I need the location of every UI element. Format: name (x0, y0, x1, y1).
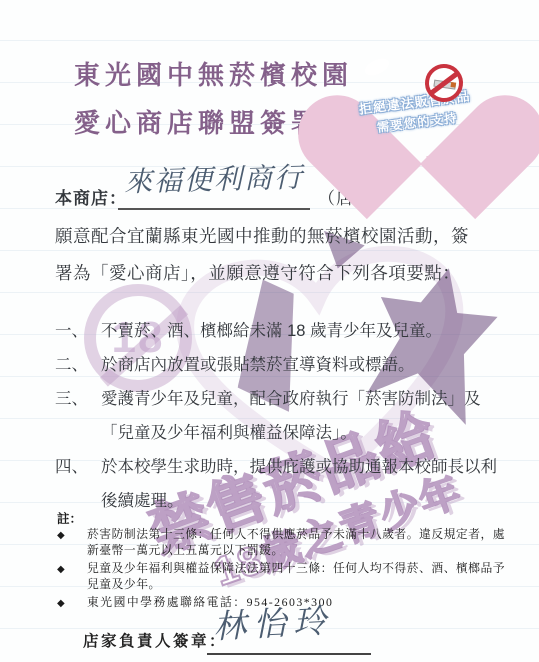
diamond-bullet-icon: ◆ (57, 527, 87, 558)
pledge-item-1: 一、 不賣菸、酒、檳榔給未滿 18 歲青少年及兒童。 (55, 314, 511, 348)
page-title-line1: 東光國中無菸檳校園 (74, 55, 353, 92)
intro-line1: 願意配合宜蘭縣東光國中推動的無菸檳校園活動，簽 (55, 218, 469, 255)
note-item-2: ◆ 兒童及少年福利與權益保障法法第四十三條：任何人均不得菸、酒、檳榔品予兒童及少… (57, 561, 509, 592)
store-name-handwritten-value: 來福便利商行 (124, 156, 305, 201)
pledge-text: 於商店內放置或張貼禁菸宣導資料或標語。 (101, 348, 507, 382)
note-text: 兒童及少年福利與權益保障法法第四十三條：任何人均不得菸、酒、檳榔品予兒童及少年。 (87, 561, 509, 592)
note-item-1: ◆ 菸害防制法第十三條：任何人不得供應菸品予未滿十八歲者。違反規定者，處新臺幣一… (57, 527, 509, 558)
pledge-number: 三、 (55, 382, 101, 450)
pledge-text: 不賣菸、酒、檳榔給未滿 18 歲青少年及兒童。 (101, 314, 507, 348)
diamond-bullet-icon: ◆ (57, 561, 87, 592)
pledge-item-3: 三、 愛護青少年及兒童，配合政府執行「菸害防制法」及「兒童及少年福利與權益保障法… (55, 382, 511, 450)
pledge-item-4: 四、 於本校學生求助時，提供庇護或協助通報本校師長以利後續處理。 (55, 450, 511, 518)
signature-label: 店家負責人簽章： (83, 629, 227, 651)
signature-handwritten-value: 林怡玲 (212, 595, 334, 648)
pledge-text: 於本校學生求助時，提供庇護或協助通報本校師長以利後續處理。 (101, 450, 507, 518)
pledge-text: 愛護青少年及兒童，配合政府執行「菸害防制法」及「兒童及少年福利與權益保障法」。 (101, 382, 507, 450)
store-name-label: 本商店： (55, 184, 127, 209)
pledge-number: 二、 (55, 348, 101, 382)
store-name-underline (118, 208, 310, 210)
note-text: 菸害防制法第十三條：任何人不得供應菸品予未滿十八歲者。違反規定者，處新臺幣一萬元… (87, 527, 509, 558)
pledge-list: 一、 不賣菸、酒、檳榔給未滿 18 歲青少年及兒童。 二、 於商店內放置或張貼禁… (55, 314, 511, 518)
notes-label: 註： (57, 509, 82, 527)
pledge-number: 四、 (55, 450, 101, 518)
signature-underline (207, 653, 371, 655)
intro-paragraph: 願意配合宜蘭縣東光國中推動的無菸檳校園活動，簽 署為「愛心商店」，並願意遵守符合… (55, 218, 469, 292)
scanned-pledge-document: 18 禁售菸品給 18歲之青少年 東光國中無菸檳校園 愛心商店聯盟簽署書 本商店… (0, 0, 539, 662)
diamond-bullet-icon: ◆ (57, 595, 87, 612)
no-smoking-heart-badge: 拒絕違法販售菸品 需要您的支持 (336, 42, 521, 174)
pledge-number: 一、 (55, 314, 101, 348)
pledge-item-2: 二、 於商店內放置或張貼禁菸宣導資料或標語。 (55, 348, 511, 382)
intro-line2: 署為「愛心商店」，並願意遵守符合下列各項要點： (55, 255, 469, 292)
